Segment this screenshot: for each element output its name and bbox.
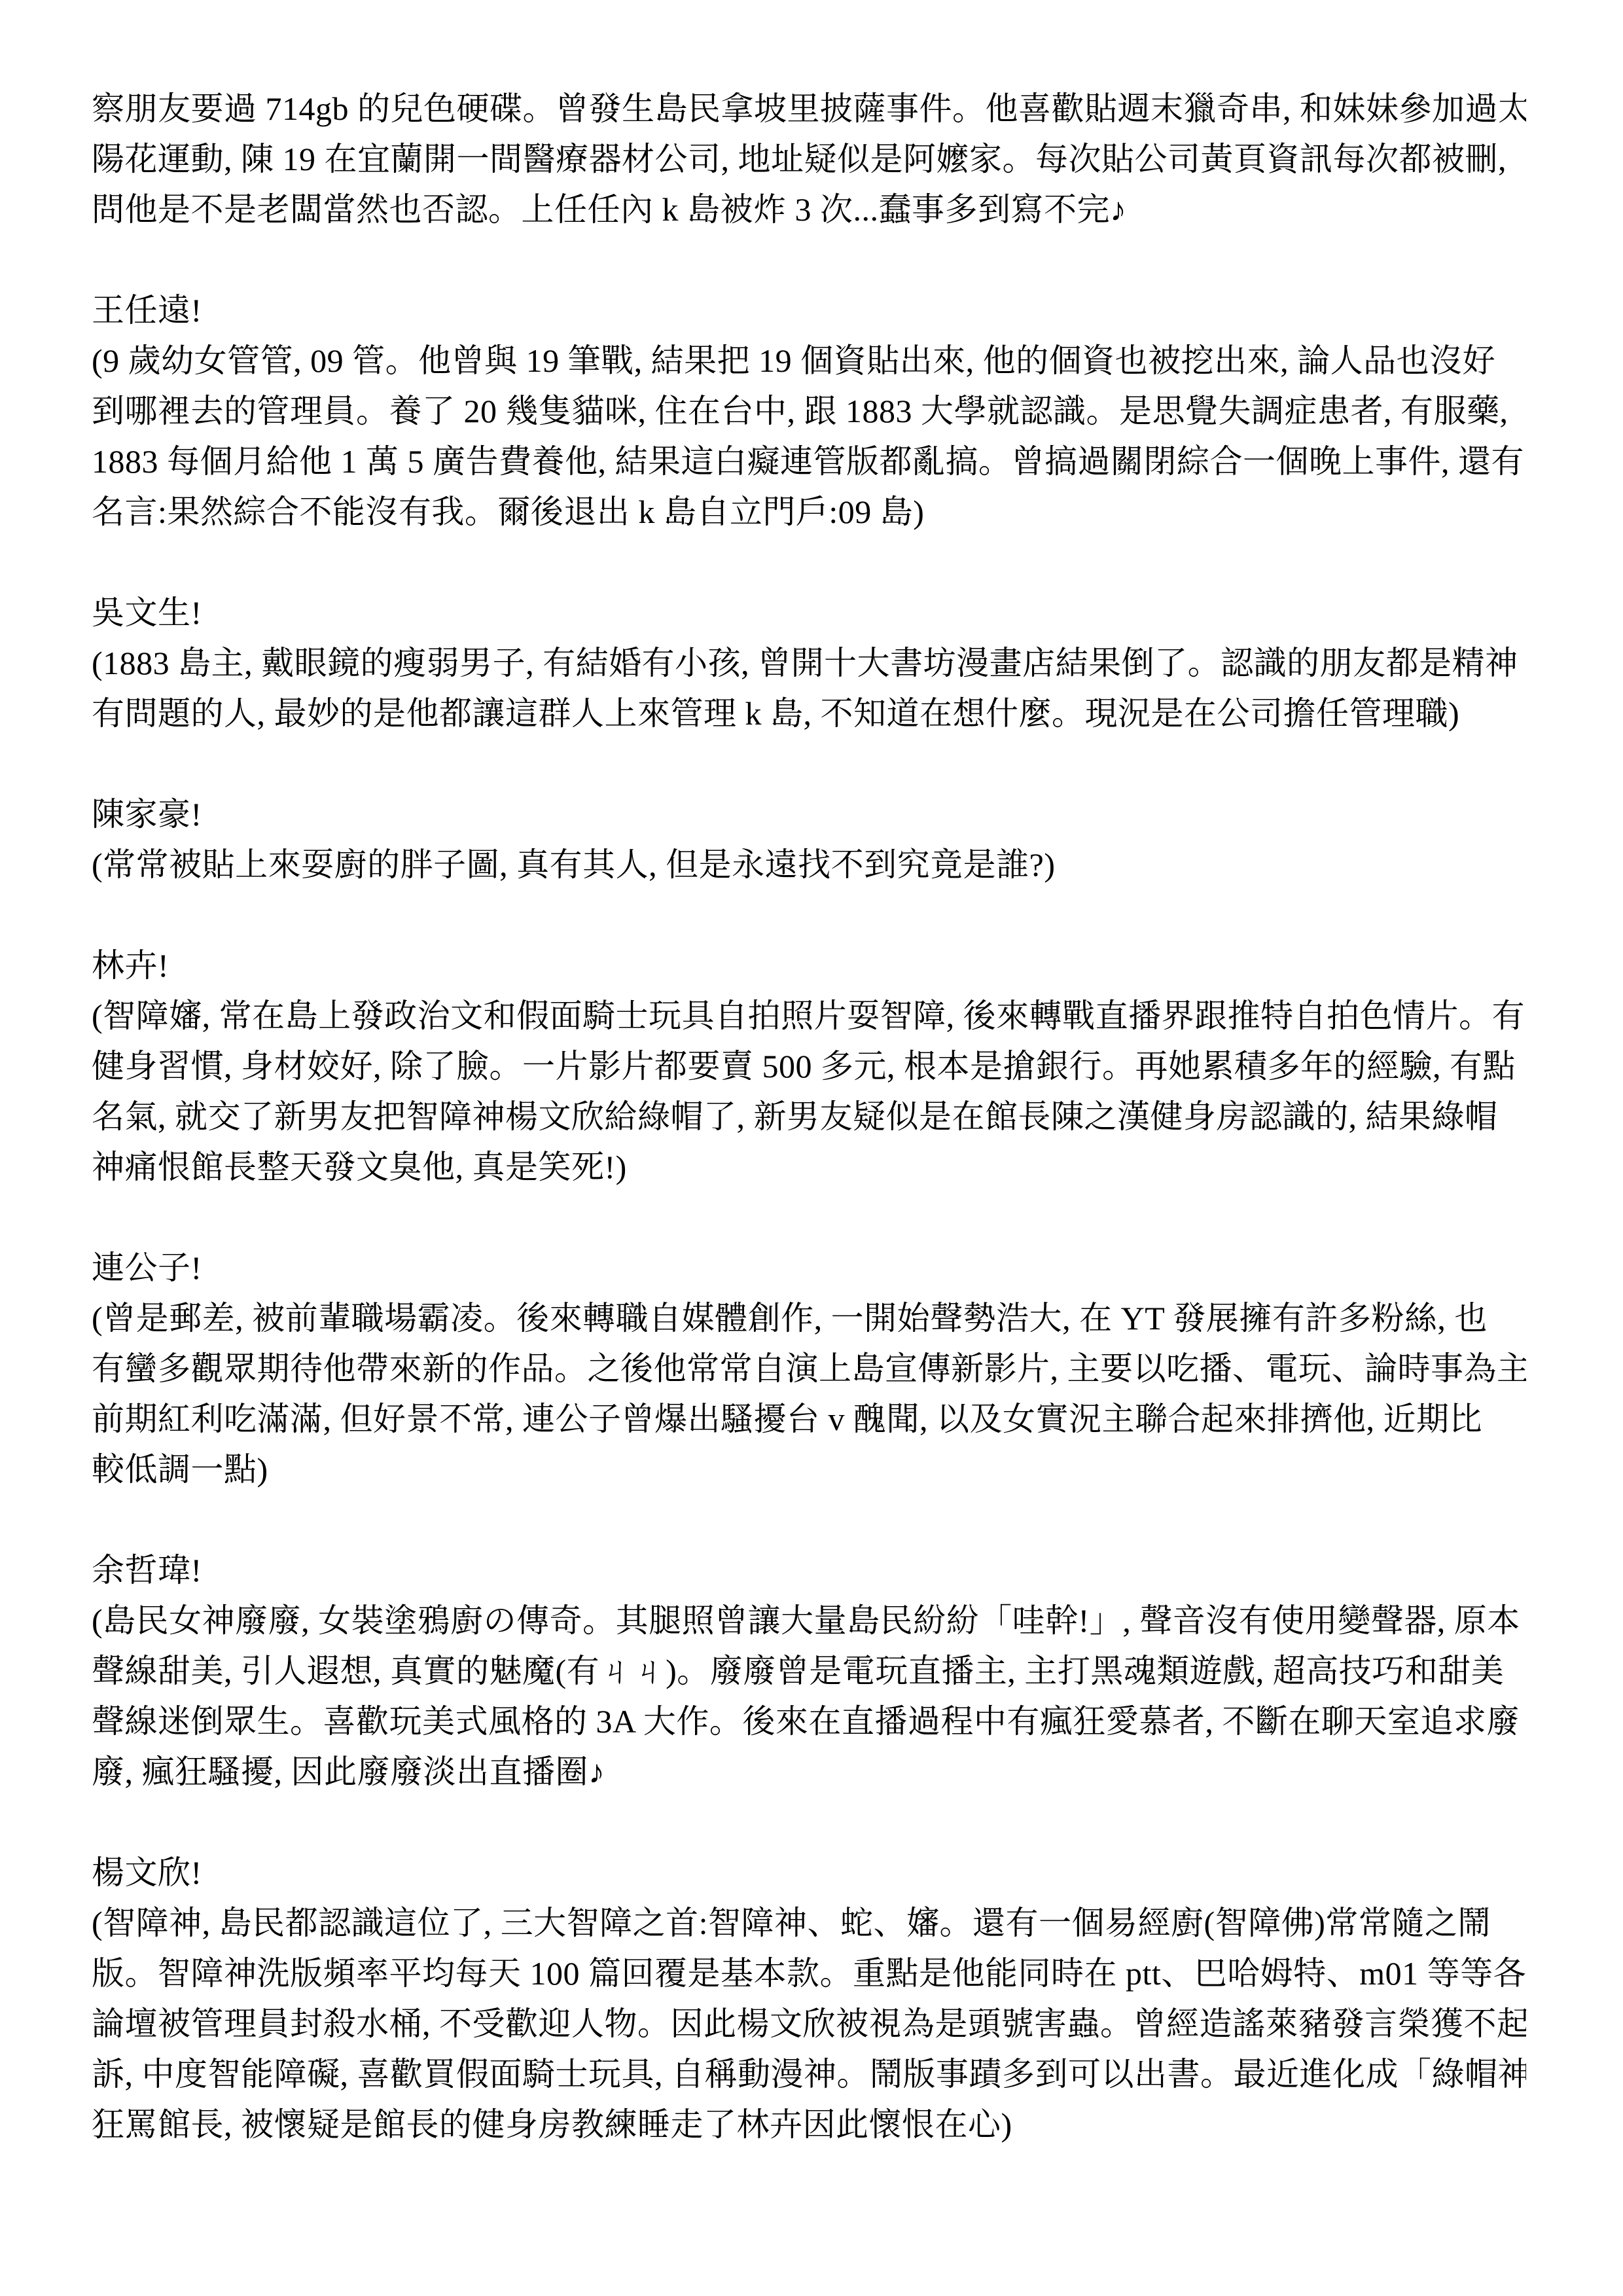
text-line: 健身習慣, 身材姣好, 除了臉。一片影片都要賣 500 多元, 根本是搶銀行。再… [92, 1041, 1526, 1092]
text-line: (曾是郵差, 被前輩職場霸凌。後來轉職自媒體創作, 一開始聲勢浩大, 在 YT … [92, 1293, 1526, 1344]
text-line: 聲線迷倒眾生。喜歡玩美式風格的 3A 大作。後來在直播過程中有瘋狂愛慕者, 不斷… [92, 1696, 1526, 1747]
text-line: 訴, 中度智能障礙, 喜歡買假面騎士玩具, 自稱動漫神。鬧版事蹟多到可以出書。最… [92, 2049, 1526, 2100]
text-line: 察朋友要過 714gb 的兒色硬碟。曾發生島民拿坡里披薩事件。他喜歡貼週末獵奇串… [92, 84, 1526, 134]
text-line: 前期紅利吃滿滿, 但好景不常, 連公子曾爆出騷擾台 v 醜聞, 以及女實況主聯合… [92, 1394, 1526, 1444]
text-line: 有問題的人, 最妙的是他都讓這群人上來管理 k 島, 不知道在想什麼。現況是在公… [92, 689, 1526, 739]
text-line: 狂罵館長, 被懷疑是館長的健身房教練睡走了林卉因此懷恨在心) [92, 2100, 1526, 2150]
section-heading: 林卉! [92, 941, 1526, 991]
text-line: (1883 島主, 戴眼鏡的瘦弱男子, 有結婚有小孩, 曾開十大書坊漫畫店結果倒… [92, 638, 1526, 689]
section-heading: 吳文生! [92, 588, 1526, 638]
text-line: 名言:果然綜合不能沒有我。爾後退出 k 島自立門戶:09 島) [92, 487, 1526, 537]
text-line: 神痛恨館長整天發文臭他, 真是笑死!) [92, 1142, 1526, 1193]
text-line: (常常被貼上來耍廚的胖子圖, 真有其人, 但是永遠找不到究竟是誰?) [92, 840, 1526, 890]
text-line: 1883 每個月給他 1 萬 5 廣告費養他, 結果這白癡連管版都亂搞。曾搞過關… [92, 437, 1526, 487]
text-section: 楊文欣!(智障神, 島民都認識這位了, 三大智障之首:智障神、蛇、嬸。還有一個易… [92, 1848, 1526, 2150]
section-heading: 余哲瑋! [92, 1545, 1526, 1596]
text-line: 陽花運動, 陳 19 在宜蘭開一間醫療器材公司, 地址疑似是阿嬤家。每次貼公司黃… [92, 134, 1526, 185]
text-section: 王任遠!(9 歲幼女管管, 09 管。他曾與 19 筆戰, 結果把 19 個資貼… [92, 285, 1526, 537]
document-page: 察朋友要過 714gb 的兒色硬碟。曾發生島民拿坡里披薩事件。他喜歡貼週末獵奇串… [0, 0, 1623, 2296]
text-section: 察朋友要過 714gb 的兒色硬碟。曾發生島民拿坡里披薩事件。他喜歡貼週末獵奇串… [92, 84, 1526, 235]
text-line: 問他是不是老闆當然也否認。上任任內 k 島被炸 3 次...蠢事多到寫不完♪ [92, 185, 1526, 235]
text-line: (9 歲幼女管管, 09 管。他曾與 19 筆戰, 結果把 19 個資貼出來, … [92, 336, 1526, 386]
text-line: 名氣, 就交了新男友把智障神楊文欣給綠帽了, 新男友疑似是在館長陳之漢健身房認識… [92, 1092, 1526, 1142]
section-heading: 楊文欣! [92, 1848, 1526, 1898]
text-line: (智障神, 島民都認識這位了, 三大智障之首:智障神、蛇、嬸。還有一個易經廚(智… [92, 1898, 1526, 1948]
text-line: (島民女神廢廢, 女裝塗鴉廚の傳奇。其腿照曾讓大量島民紛紛「哇幹!」, 聲音沒有… [92, 1596, 1526, 1646]
text-section: 林卉!(智障嬸, 常在島上發政治文和假面騎士玩具自拍照片耍智障, 後來轉戰直播界… [92, 941, 1526, 1193]
section-heading: 陳家豪! [92, 789, 1526, 840]
text-line: 有蠻多觀眾期待他帶來新的作品。之後他常常自演上島宣傳新影片, 主要以吃播、電玩、… [92, 1344, 1526, 1394]
text-line: 聲線甜美, 引人遐想, 真實的魅魔(有ㄐㄐ)。廢廢曾是電玩直播主, 主打黑魂類遊… [92, 1646, 1526, 1696]
text-section: 連公子!(曾是郵差, 被前輩職場霸凌。後來轉職自媒體創作, 一開始聲勢浩大, 在… [92, 1243, 1526, 1495]
text-section: 余哲瑋!(島民女神廢廢, 女裝塗鴉廚の傳奇。其腿照曾讓大量島民紛紛「哇幹!」, … [92, 1545, 1526, 1797]
text-section: 吳文生!(1883 島主, 戴眼鏡的瘦弱男子, 有結婚有小孩, 曾開十大書坊漫畫… [92, 588, 1526, 739]
text-line: 廢, 瘋狂騷擾, 因此廢廢淡出直播圈♪ [92, 1747, 1526, 1797]
text-line: 版。智障神洗版頻率平均每天 100 篇回覆是基本款。重點是他能同時在 ptt、巴… [92, 1948, 1526, 1999]
text-line: 到哪裡去的管理員。養了 20 幾隻貓咪, 住在台中, 跟 1883 大學就認識。… [92, 386, 1526, 437]
section-heading: 連公子! [92, 1243, 1526, 1293]
text-line: 較低調一點) [92, 1444, 1526, 1495]
document-content: 察朋友要過 714gb 的兒色硬碟。曾發生島民拿坡里披薩事件。他喜歡貼週末獵奇串… [92, 84, 1526, 2150]
section-heading: 王任遠! [92, 285, 1526, 336]
text-line: 論壇被管理員封殺水桶, 不受歡迎人物。因此楊文欣被視為是頭號害蟲。曾經造謠萊豬發… [92, 1999, 1526, 2049]
text-section: 陳家豪!(常常被貼上來耍廚的胖子圖, 真有其人, 但是永遠找不到究竟是誰?) [92, 789, 1526, 890]
text-line: (智障嬸, 常在島上發政治文和假面騎士玩具自拍照片耍智障, 後來轉戰直播界跟推特… [92, 991, 1526, 1041]
